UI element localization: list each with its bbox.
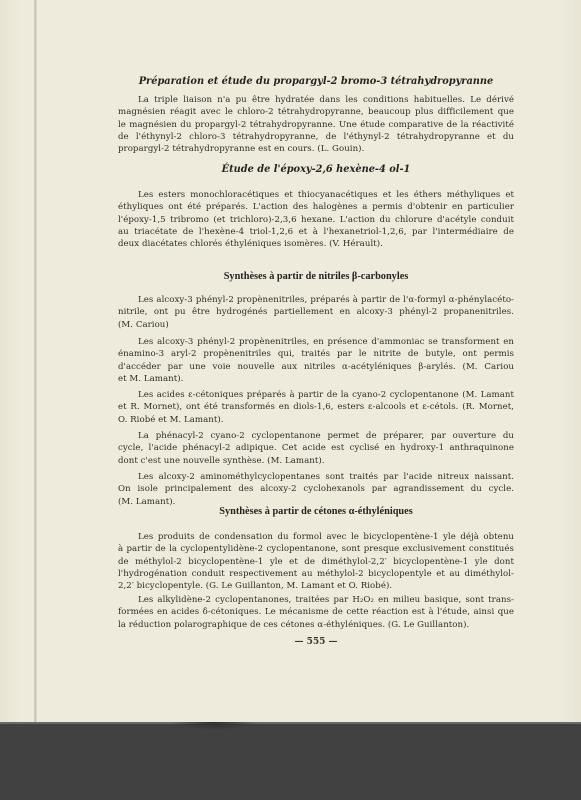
paragraph: Les alkylidène-2 cyclopentanones, traité… [118,594,514,631]
text-line: nitrile, ont pu être hydrogénés partiell… [118,306,514,318]
text-line: énamino-3 aryl-2 propènenitriles qui, tr… [118,348,514,360]
text-line: à partir de la cyclopentylidène-2 cyclop… [118,543,514,555]
section-heading: Synthèses à partir de nitriles β-carbony… [118,271,514,283]
text-line: la réduction polarographique de ces céto… [118,619,514,631]
scanned-page: Préparation et étude du propargyl-2 brom… [0,0,581,722]
text-line: le magnésien du propargyl-2 tétrahydropy… [118,119,514,131]
section-heading: Étude de l'époxy-2,6 hexène-4 ol-1 [118,164,514,176]
text-line: et M. Lamant). [118,373,514,385]
text-line: Les acides ε-cétoniques préparés à parti… [118,389,514,401]
section-heading: Synthèses à partir de cétones α-éthyléni… [118,506,514,518]
text-line: La phénacyl-2 cyano-2 cyclopentanone per… [118,430,514,442]
text-line: magnésien réagit avec le chloro-2 tétrah… [118,106,514,118]
text-line: Les esters monochloracétiques et thiocya… [118,189,514,201]
paragraph: La triple liaison n'a pu être hydratée d… [118,94,514,155]
text-line: l'époxy-1,5 tribromo (et trichloro)-2,3,… [118,214,514,226]
text-line: au triacétate de l'hexène-4 triol-1,2,6 … [118,226,514,238]
text-line: Les alcoxy-2 aminométhylcyclopentanes so… [118,471,514,483]
paragraph: Les esters monochloracétiques et thiocya… [118,189,514,250]
text-line: Les alkylidène-2 cyclopentanones, traité… [118,594,514,606]
paragraph: Les alcoxy-3 phényl-2 propènenitriles, e… [118,336,514,385]
page-edge-shadow [170,722,260,730]
paragraph: Les acides ε-cétoniques préparés à parti… [118,389,514,426]
section-heading: Préparation et étude du propargyl-2 brom… [118,76,514,88]
text-line: et R. Mornet), ont été transformés en di… [118,401,514,413]
text-line: éthyliques ont été préparés. L'action de… [118,201,514,213]
text-line: 2,2′ bicyclopentyle. (G. Le Guillanton, … [118,580,514,592]
paragraph: Les alcoxy-3 phényl-2 propènenitriles, p… [118,294,514,331]
text-line: d'accéder par une voie nouvelle aux nitr… [118,361,514,373]
text-line: dont c'est une nouvelle synthèse. (M. La… [118,455,514,467]
text-line: cycle, l'acide phénacyl-2 adipique. Cet … [118,442,514,454]
paragraph: La phénacyl-2 cyano-2 cyclopentanone per… [118,430,514,467]
text-line: deux diacétates chlorés éthyléniques iso… [118,238,514,250]
text-line: de méthylol-2 bicyclopentène-1 yle et de… [118,556,514,568]
text-line: On isole principalement des alcoxy-2 cyc… [118,483,514,495]
page-number: — 555 — [118,636,514,648]
text-line: Les alcoxy-3 phényl-2 propènenitriles, p… [118,294,514,306]
text-line: propargyl-2 tétrahydropyranne est en cou… [118,143,514,155]
paragraph: Les alcoxy-2 aminométhylcyclopentanes so… [118,471,514,508]
text-line: Les produits de condensation du formol a… [118,531,514,543]
text-line: O. Riobé et M. Lamant). [118,414,514,426]
page-fold-shadow [34,0,37,722]
text-line: Les alcoxy-3 phényl-2 propènenitriles, e… [118,336,514,348]
text-line: de l'éthynyl-2 chloro-3 tétrahydropyrann… [118,131,514,143]
paragraph: Les produits de condensation du formol a… [118,531,514,592]
text-line: l'hydrogénation conduit respectivement a… [118,568,514,580]
scanner-bed-background [0,722,581,800]
text-line: La triple liaison n'a pu être hydratée d… [118,94,514,106]
text-line: formées en acides δ-cétoniques. Le mécan… [118,606,514,618]
text-line: (M. Cariou) [118,319,514,331]
